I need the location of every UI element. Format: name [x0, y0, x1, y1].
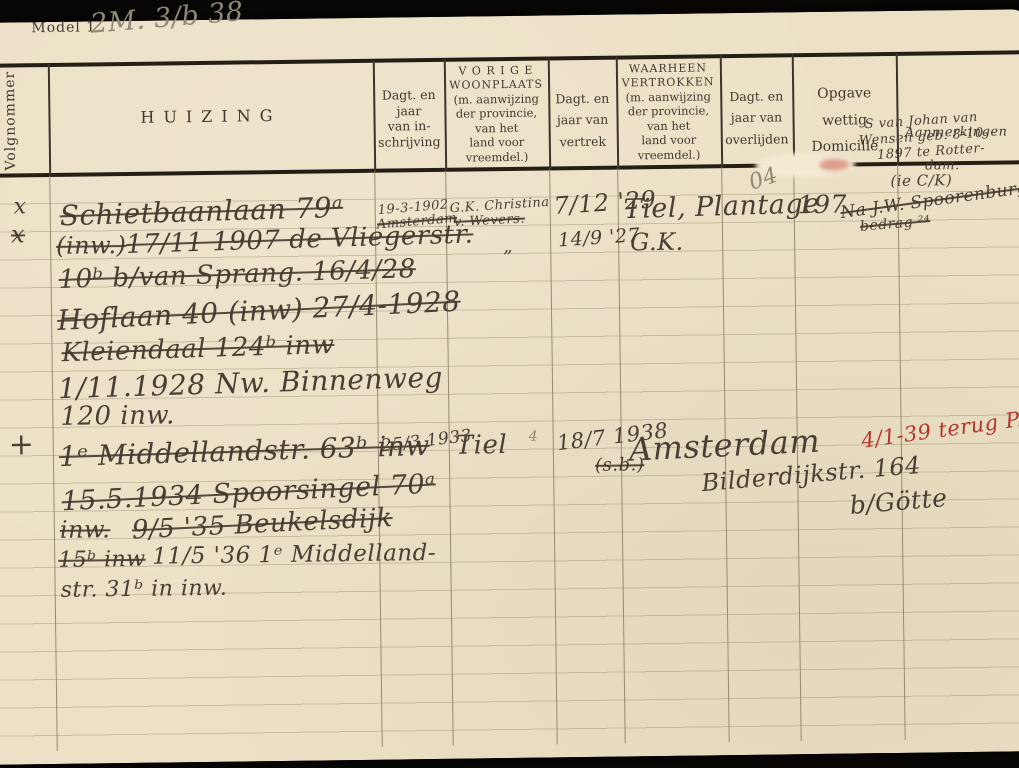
- volgnommer-mark-row1b: x: [11, 222, 25, 246]
- row2-waarheen-name: b/Götte: [849, 485, 949, 518]
- huizing-line: 15ᵇ inw: [58, 549, 146, 572]
- header-overlijden: Dagt. en jaar van overlijden: [720, 85, 793, 150]
- row1-vorige-line2: v. Wevers.: [454, 213, 526, 229]
- huizing-line: (inw.): [56, 233, 126, 258]
- header-vorige-title: V O R I G E WOONPLAATS: [444, 63, 548, 92]
- huizing-line: Kleiendaal 124ᵇ inw: [61, 332, 335, 366]
- row1-waarheen-gk: G.K.: [630, 230, 684, 255]
- header-vertrek: Dagt. en jaar van vertrek: [548, 88, 617, 153]
- volgnommer-mark-row2: +: [9, 430, 35, 460]
- huizing-line: str. 31ᵇ in inw.: [61, 578, 228, 602]
- row1-waarheen-place: Tiel, Plantage: [623, 190, 820, 223]
- scanned-card-scene: Model 1. 2M. 3/b 38 Volgnommer HUIZING D…: [0, 0, 1019, 768]
- volgnommer-mark-row1a: x: [14, 196, 27, 218]
- row1-vertrek-date2: 14/9 '27: [558, 226, 641, 250]
- huizing-line: 11/5 '36 1ᵉ Middelland-: [152, 542, 436, 569]
- header-vorige-sub: (m. aanwijzing der provincie, van het la…: [444, 91, 549, 164]
- row2-waarheen-city: Amsterdam: [628, 425, 821, 466]
- row1-vorige-ditto: „: [503, 238, 513, 256]
- row2-vorige: Tiel: [456, 432, 508, 459]
- row2-vorige-pencil: 4: [529, 430, 539, 444]
- header-waarheen-title: WAARHEEN VERTROKKEN: [616, 61, 720, 90]
- header-waarheen-sub: (m. aanwijzing der provincie, van het la…: [616, 89, 721, 162]
- header-huizing: HUIZING: [48, 105, 373, 129]
- aanmerkingen-note-line5: (ie C/K): [890, 173, 952, 189]
- header-inschrijving: Dagt. en jaar van in- schrijving: [373, 87, 445, 150]
- header-volgnommer: Volgnommer: [2, 68, 43, 173]
- huizing-line: inw.: [60, 517, 111, 542]
- huizing-line: 120 inw.: [60, 402, 175, 429]
